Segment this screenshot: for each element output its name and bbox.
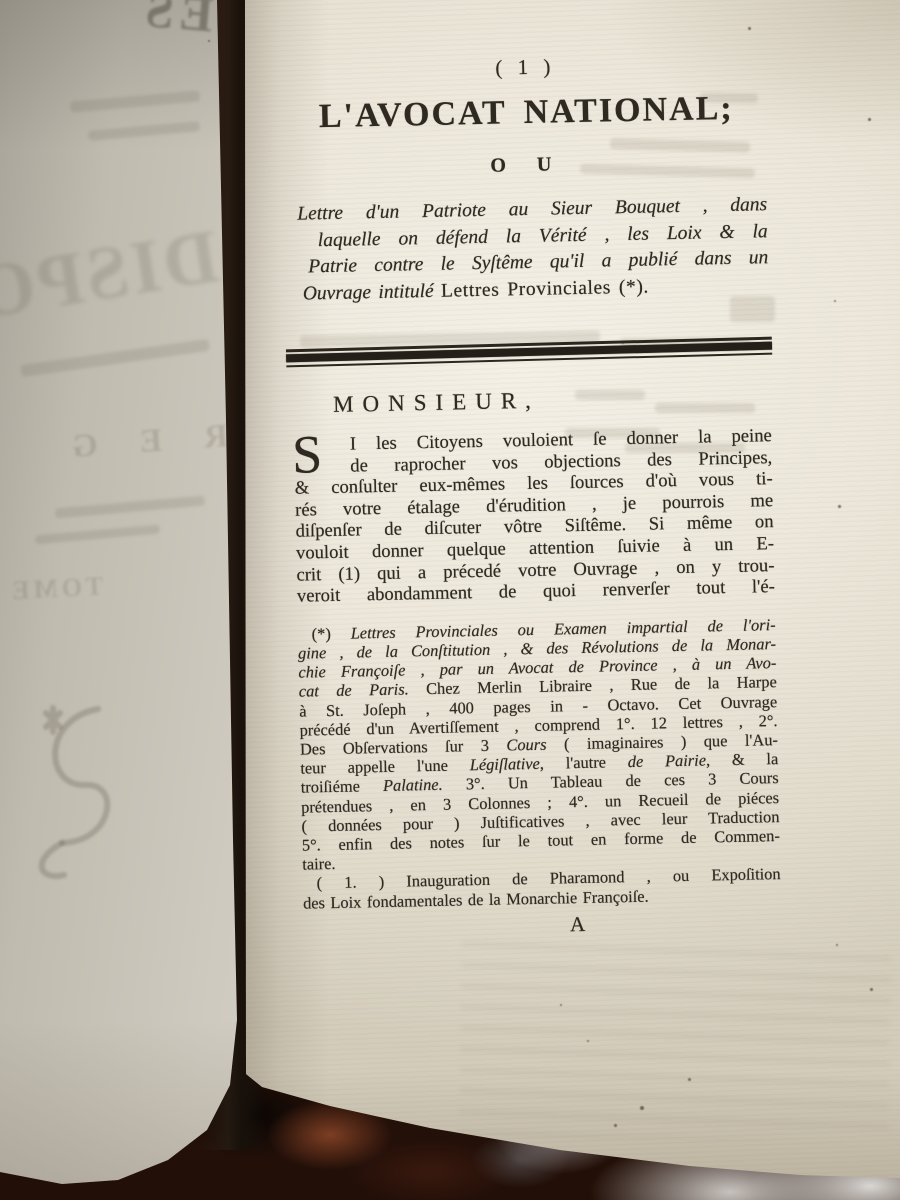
page-title: L'AVOCAT NATIONAL; <box>287 89 766 137</box>
foxing-speck <box>870 988 873 991</box>
foxing-speck <box>208 40 210 42</box>
body-paragraph: S I les Citoyens vouloient ſe donner la … <box>294 425 775 607</box>
footnote: (*) Lettres Provinciales ou Examen impar… <box>297 615 780 874</box>
signature-mark: A <box>303 908 781 943</box>
foxing-speck <box>587 1040 589 1042</box>
foxing-speck <box>614 1124 617 1127</box>
printed-text-column: ( 1 ) L'AVOCAT NATIONAL; O U Lettre d'un… <box>285 0 782 943</box>
drop-cap: S <box>292 431 323 478</box>
foxing-speck <box>560 1004 562 1006</box>
showthrough-texture <box>458 936 891 1143</box>
ghost-word-reg: R E G <box>54 418 229 467</box>
foxing-speck <box>688 1078 691 1081</box>
note-1: ( 1. ) Inauguration de Pharamond , ou Ex… <box>302 864 781 913</box>
foxing-speck <box>834 300 836 302</box>
foxing-speck <box>838 505 841 508</box>
foxing-speck <box>640 1106 644 1110</box>
section-rule <box>286 337 772 368</box>
foxing-speck <box>868 118 871 121</box>
page-number: ( 1 ) <box>286 50 764 85</box>
foxing-speck <box>836 944 838 946</box>
subtitle: Lettre d'un Patriote au Sieur Bouquet , … <box>289 192 769 308</box>
ghost-text-line <box>35 525 160 545</box>
body-lines: I les Citoyens vouloient ſe donner la pe… <box>294 425 775 607</box>
ghost-title-dispo: DISPO <box>0 213 225 338</box>
ghost-text-line <box>88 121 200 141</box>
ghost-word-tome: TOME <box>7 572 103 607</box>
ghost-text-line <box>20 339 210 377</box>
ghost-text-line <box>70 90 200 112</box>
conjunction-ou: O U <box>288 149 766 182</box>
book-photo: LES DISPO R E G TOME <box>0 0 900 1200</box>
ghost-text-line <box>55 495 205 518</box>
ghost-ornament <box>0 695 150 885</box>
salutation: MONSIEUR, <box>333 383 771 418</box>
